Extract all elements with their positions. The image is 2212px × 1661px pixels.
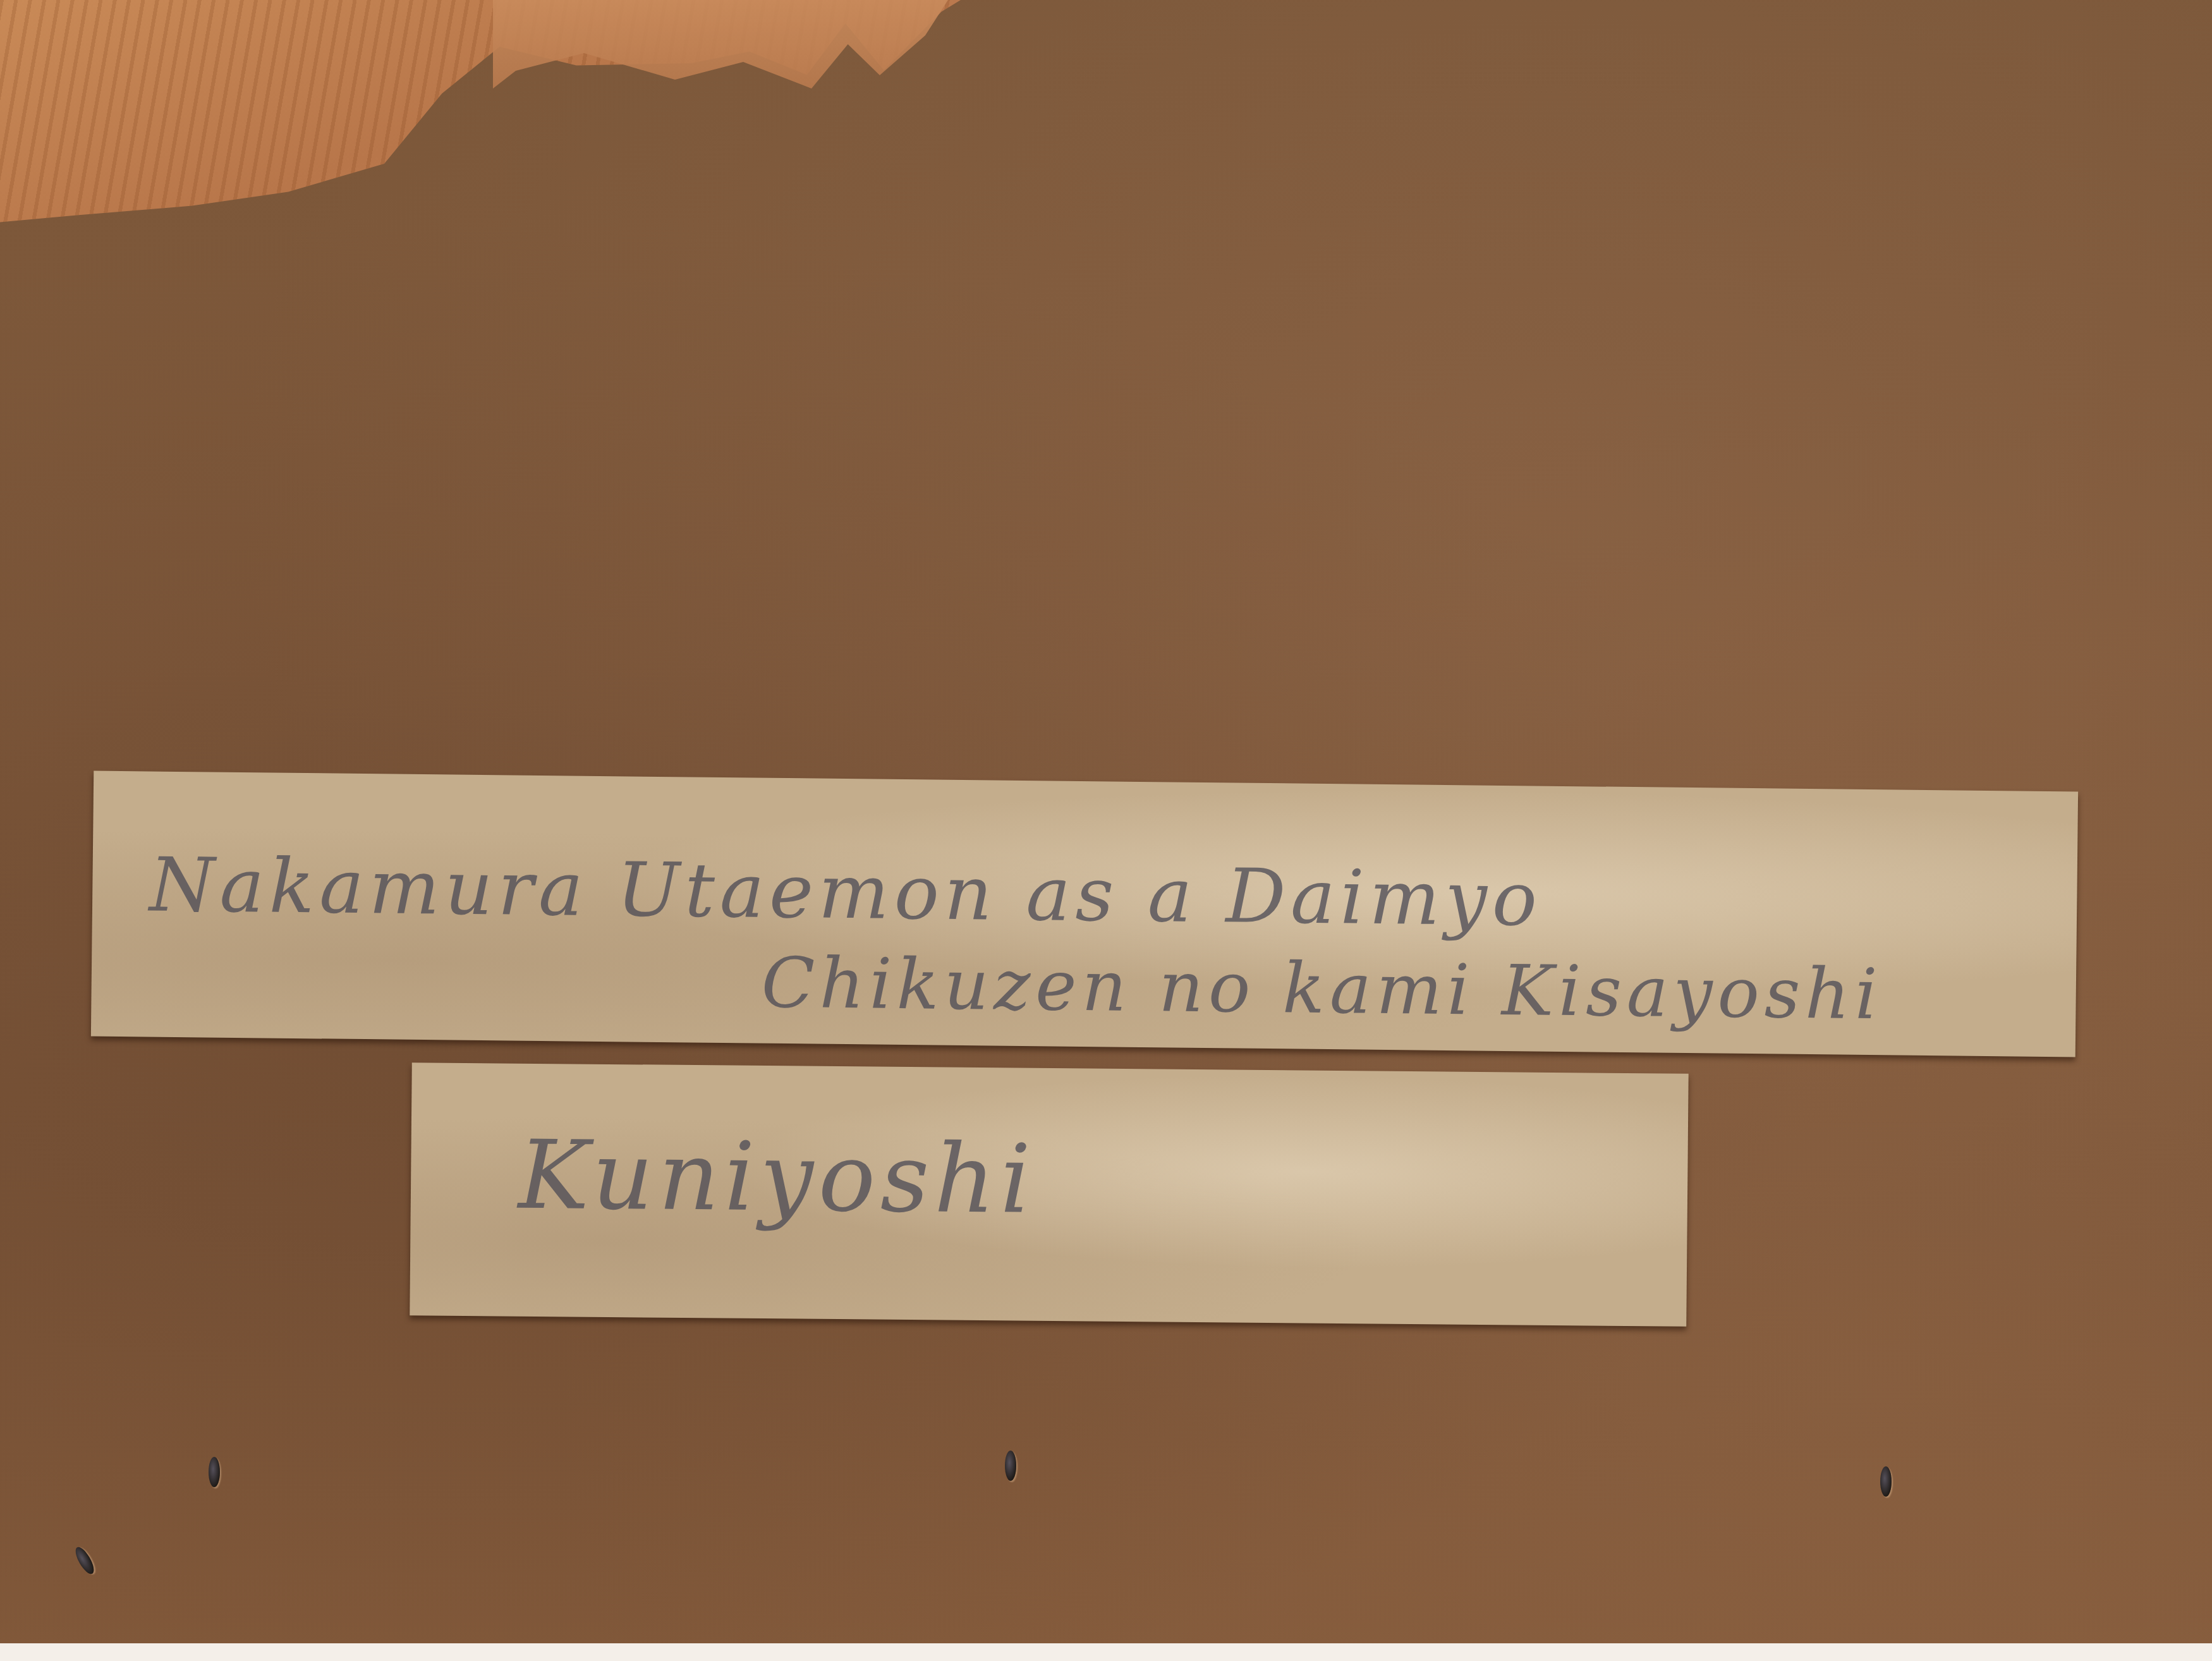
title-line-role: Chikuzen no kami Kisayoshi xyxy=(761,942,1883,1035)
artist-name: Kuniyoshi xyxy=(518,1121,1036,1235)
title-line-subject: Nakamura Utaemon as a Daimyo xyxy=(149,841,1543,943)
bottom-margin xyxy=(0,1643,2212,1661)
nail-icon xyxy=(209,1457,220,1487)
artist-label: Kuniyoshi xyxy=(410,1062,1688,1327)
nail-icon xyxy=(1005,1451,1016,1481)
title-label: Nakamura Utaemon as a Daimyo Chikuzen no… xyxy=(91,771,2078,1057)
nail-icon xyxy=(1880,1466,1892,1497)
